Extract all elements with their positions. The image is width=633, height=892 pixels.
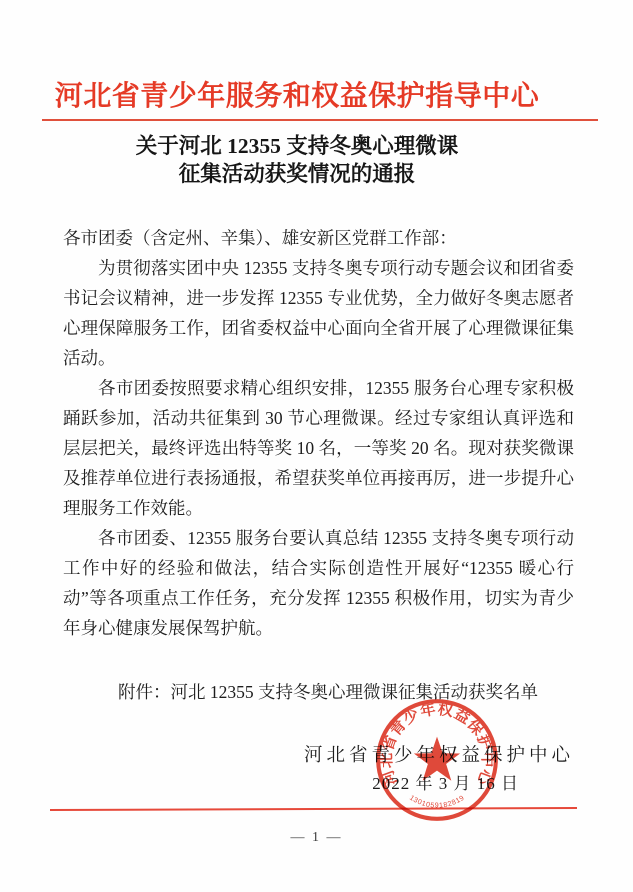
- seal-number: 1301059182819: [408, 794, 466, 810]
- seal-star-icon: [414, 737, 460, 781]
- document-body: 各市团委（含定州、辛集）、雄安新区党群工作部： 为贯彻落实团中央 12355 支…: [63, 223, 574, 643]
- letterhead-divider: [42, 119, 598, 121]
- salutation: 各市团委（含定州、辛集）、雄安新区党群工作部：: [63, 223, 574, 253]
- document-title-line-1: 关于河北 12355 支持冬奥心理微课: [27, 132, 567, 160]
- body-paragraph: 为贯彻落实团中央 12355 支持冬奥专项行动专题会议和团省委书记会议精神，进一…: [63, 253, 574, 373]
- official-seal-icon: 河北省青少年权益保护中心 1301059182819: [366, 689, 508, 831]
- letterhead-title: 河北省青少年服务和权益保护指导中心: [27, 80, 567, 114]
- page-number: — 1 —: [291, 830, 343, 845]
- page-footer: — 1 —: [0, 830, 633, 846]
- svg-text:1301059182819: 1301059182819: [408, 794, 466, 810]
- body-paragraph: 各市团委、12355 服务台要认真总结 12355 支持冬奥专项行动工作中好的经…: [63, 523, 574, 643]
- document-title: 关于河北 12355 支持冬奥心理微课 征集活动获奖情况的通报: [27, 132, 567, 188]
- document-page: 河北省青少年服务和权益保护指导中心 关于河北 12355 支持冬奥心理微课 征集…: [0, 0, 633, 892]
- document-title-line-2: 征集活动获奖情况的通报: [27, 160, 567, 188]
- body-paragraph: 各市团委按照要求精心组织安排，12355 服务台心理专家积极踊跃参加，活动共征集…: [63, 373, 574, 523]
